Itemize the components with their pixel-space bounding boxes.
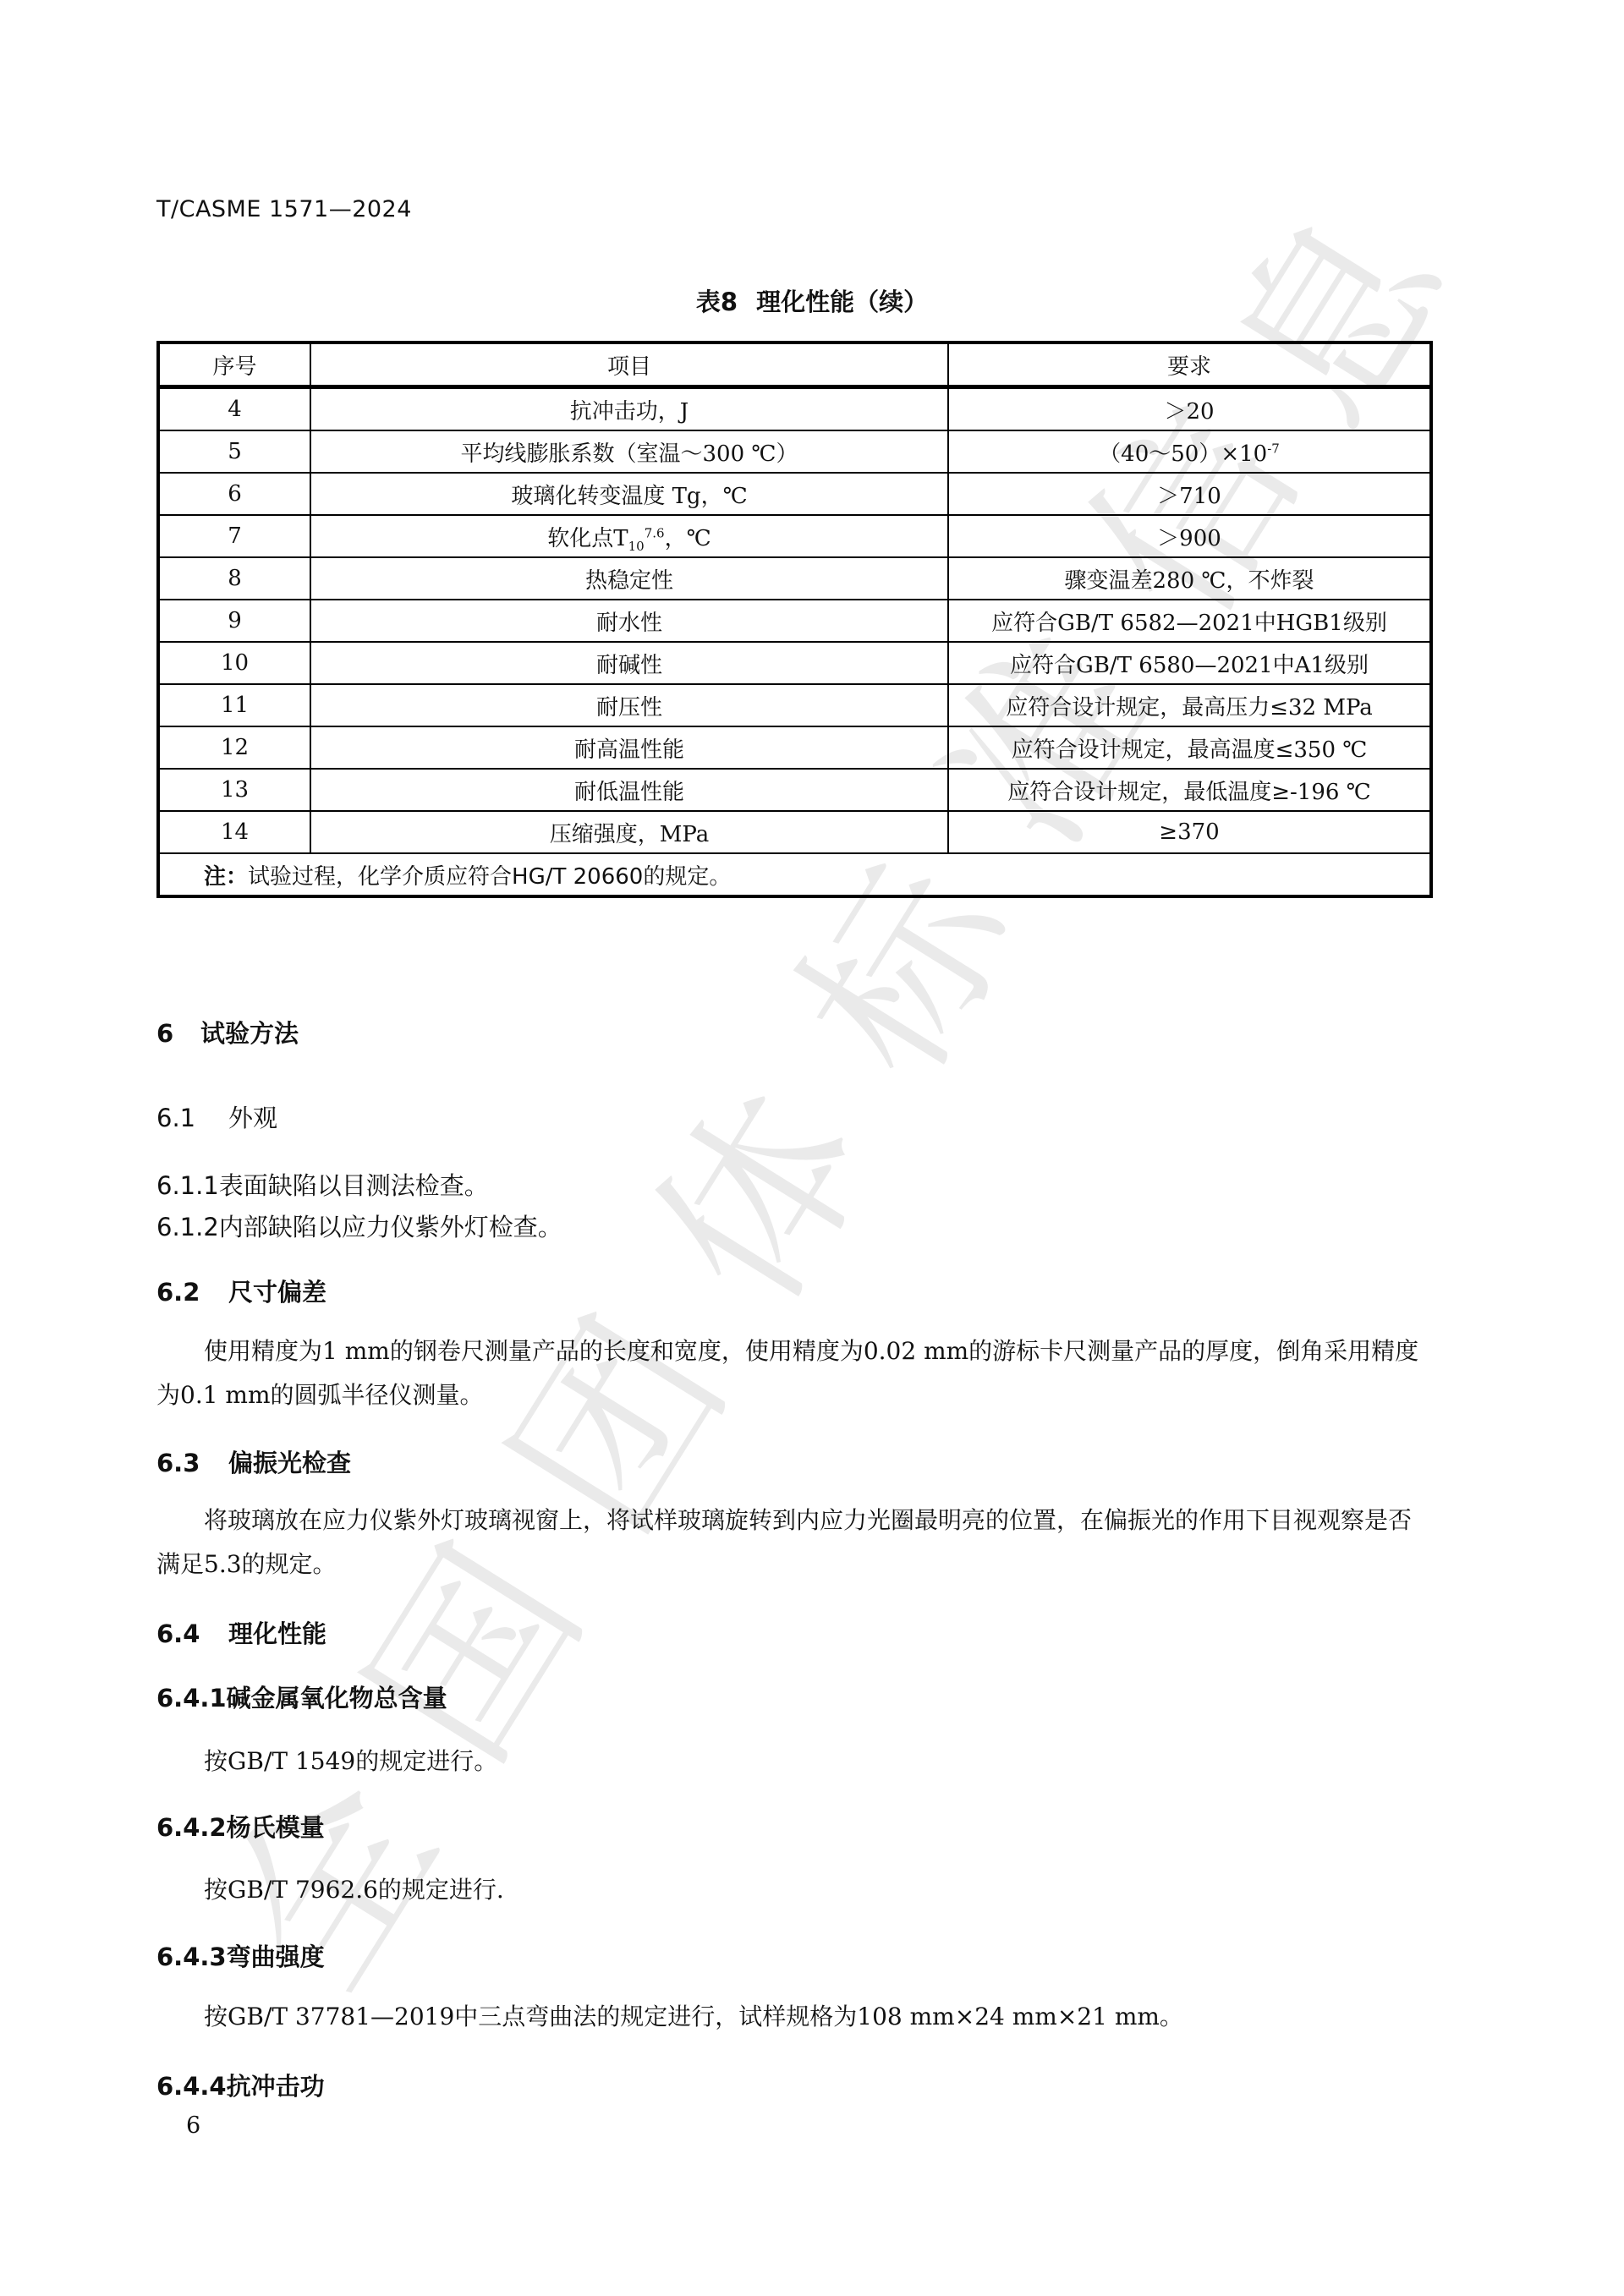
- table-note: 注：试验过程，化学介质应符合HG/T 20660的规定。: [158, 853, 1431, 896]
- clause-text: 内部缺陷以应力仪紫外灯检查。: [219, 1213, 562, 1241]
- row-item: 玻璃化转变温度 Tg，℃: [310, 473, 948, 515]
- section-number: 6.4.2: [156, 1813, 227, 1842]
- table-row: 5 平均线膨胀系数（室温～300 ℃） （40～50）×10-7: [158, 430, 1431, 473]
- properties-table: 序号 项目 要求 4 抗冲击功，J ＞20 5 平均线膨胀系数（室温～300 ℃…: [156, 341, 1433, 898]
- table-row: 6 玻璃化转变温度 Tg，℃ ＞710: [158, 473, 1431, 515]
- row-requirement: 应符合设计规定，最低温度≥-196 ℃: [948, 769, 1431, 811]
- column-header-requirement: 要求: [948, 342, 1431, 387]
- section-number: 6.4.3: [156, 1943, 227, 1971]
- table-row: 7 软化点T107.6，℃ ＞900: [158, 515, 1431, 557]
- row-requirement: ≥370: [948, 811, 1431, 853]
- row-number: 11: [158, 684, 310, 726]
- row-item: 平均线膨胀系数（室温～300 ℃）: [310, 430, 948, 473]
- section-number: 6.4: [156, 1619, 228, 1648]
- section-number: 6.4.1: [156, 1684, 227, 1712]
- row-requirement: 应符合GB/T 6582—2021中HGB1级别: [948, 600, 1431, 642]
- table-note-row: 注：试验过程，化学介质应符合HG/T 20660的规定。: [158, 853, 1431, 896]
- item-subscript: 10: [628, 539, 645, 554]
- section-heading-6-3: 6.3偏振光检查: [156, 1444, 351, 1479]
- clause-number: 6.1.2: [156, 1213, 219, 1241]
- row-requirement: 骤变温差280 ℃，不炸裂: [948, 557, 1431, 600]
- paragraph-6-4-1: 按GB/T 1549的规定进行。: [156, 1740, 1429, 1784]
- requirement-exponent: -7: [1267, 441, 1280, 456]
- row-number: 10: [158, 642, 310, 684]
- row-requirement: 应符合设计规定，最高温度≤350 ℃: [948, 726, 1431, 769]
- item-base: 软化点T: [547, 526, 628, 551]
- row-number: 9: [158, 600, 310, 642]
- row-requirement: （40～50）×10-7: [948, 430, 1431, 473]
- row-number: 13: [158, 769, 310, 811]
- table-row: 9 耐水性 应符合GB/T 6582—2021中HGB1级别: [158, 600, 1431, 642]
- section-heading-6-2: 6.2尺寸偏差: [156, 1274, 326, 1308]
- clause-6-1-2: 6.1.2内部缺陷以应力仪紫外灯检查。: [156, 1208, 562, 1243]
- section-heading-6-4-4: 6.4.4抗冲击功: [156, 2068, 325, 2102]
- column-header-item: 项目: [310, 342, 948, 387]
- section-title: 弯曲强度: [227, 1943, 325, 1971]
- section-heading-6-4: 6.4理化性能: [156, 1615, 326, 1650]
- clause-6-1-1: 6.1.1表面缺陷以目测法检查。: [156, 1167, 489, 1202]
- item-superscript: 7.6: [645, 525, 665, 540]
- row-requirement: ＞710: [948, 473, 1431, 515]
- document-code: T/CASME 1571—2024: [156, 196, 412, 222]
- row-requirement: 应符合设计规定，最高压力≤32 MPa: [948, 684, 1431, 726]
- row-item: 热稳定性: [310, 557, 948, 600]
- row-number: 12: [158, 726, 310, 769]
- clause-number: 6.1.1: [156, 1171, 219, 1200]
- row-number: 8: [158, 557, 310, 600]
- table-row: 10 耐碱性 应符合GB/T 6580—2021中A1级别: [158, 642, 1431, 684]
- row-requirement: ＞20: [948, 387, 1431, 431]
- section-title: 理化性能: [228, 1619, 326, 1648]
- section-number: 6.3: [156, 1449, 228, 1477]
- row-number: 7: [158, 515, 310, 557]
- row-item: 耐低温性能: [310, 769, 948, 811]
- section-number: 6.2: [156, 1278, 228, 1307]
- note-text: 试验过程，化学介质应符合HG/T 20660的规定。: [248, 864, 731, 890]
- section-number: 6.1: [156, 1104, 228, 1132]
- paragraph-6-2: 使用精度为1 mm的钢卷尺测量产品的长度和宽度，使用精度为0.02 mm的游标卡…: [156, 1329, 1429, 1417]
- section-heading-6-4-2: 6.4.2杨氏模量: [156, 1809, 325, 1844]
- table-row: 13 耐低温性能 应符合设计规定，最低温度≥-196 ℃: [158, 769, 1431, 811]
- row-number: 6: [158, 473, 310, 515]
- section-heading-6-4-1: 6.4.1碱金属氧化物总含量: [156, 1680, 447, 1714]
- table-row: 4 抗冲击功，J ＞20: [158, 387, 1431, 431]
- section-title: 外观: [228, 1104, 277, 1132]
- section-title: 碱金属氧化物总含量: [227, 1684, 447, 1712]
- row-requirement: ＞900: [948, 515, 1431, 557]
- section-title: 试验方法: [200, 1019, 299, 1048]
- section-title: 偏振光检查: [228, 1449, 351, 1477]
- section-title: 尺寸偏差: [228, 1278, 326, 1307]
- paragraph-6-4-2: 按GB/T 7962.6的规定进行.: [156, 1868, 1429, 1912]
- table-row: 14 压缩强度，MPa ≥370: [158, 811, 1431, 853]
- row-item: 软化点T107.6，℃: [310, 515, 948, 557]
- watermark-char: 体: [579, 1032, 919, 1345]
- table-title: 表8理化性能（续）: [0, 283, 1624, 318]
- table-number: 表8: [696, 288, 738, 316]
- paragraph-6-4-3: 按GB/T 37781—2019中三点弯曲法的规定进行，试样规格为108 mm×…: [156, 1995, 1429, 2039]
- row-item: 耐水性: [310, 600, 948, 642]
- row-item: 耐高温性能: [310, 726, 948, 769]
- section-heading-6: 6试验方法: [156, 1015, 299, 1049]
- table-row: 11 耐压性 应符合设计规定，最高压力≤32 MPa: [158, 684, 1431, 726]
- section-number: 6.4.4: [156, 2072, 227, 2101]
- section-title: 抗冲击功: [227, 2072, 325, 2101]
- section-heading-6-1: 6.1外观: [156, 1099, 277, 1134]
- table-header-row: 序号 项目 要求: [158, 342, 1431, 387]
- paragraph-6-3: 将玻璃放在应力仪紫外灯玻璃视窗上，将试样玻璃旋转到内应力光圈最明亮的位置，在偏振…: [156, 1499, 1429, 1586]
- clause-text: 表面缺陷以目测法检查。: [219, 1171, 489, 1200]
- row-item: 压缩强度，MPa: [310, 811, 948, 853]
- section-heading-6-4-3: 6.4.3弯曲强度: [156, 1938, 325, 1973]
- table-caption: 理化性能（续）: [756, 288, 928, 316]
- section-title: 杨氏模量: [227, 1813, 325, 1842]
- row-item: 抗冲击功，J: [310, 387, 948, 431]
- column-header-number: 序号: [158, 342, 310, 387]
- note-label: 注：: [204, 864, 248, 890]
- section-number: 6: [156, 1019, 200, 1048]
- row-requirement: 应符合GB/T 6580—2021中A1级别: [948, 642, 1431, 684]
- row-number: 14: [158, 811, 310, 853]
- row-number: 5: [158, 430, 310, 473]
- table-row: 12 耐高温性能 应符合设计规定，最高温度≤350 ℃: [158, 726, 1431, 769]
- table-row: 8 热稳定性 骤变温差280 ℃，不炸裂: [158, 557, 1431, 600]
- row-number: 4: [158, 387, 310, 431]
- row-item: 耐碱性: [310, 642, 948, 684]
- requirement-base: （40～50）×10: [1099, 441, 1267, 467]
- item-unit: ，℃: [665, 526, 711, 551]
- page-number: 6: [186, 2112, 200, 2139]
- row-item: 耐压性: [310, 684, 948, 726]
